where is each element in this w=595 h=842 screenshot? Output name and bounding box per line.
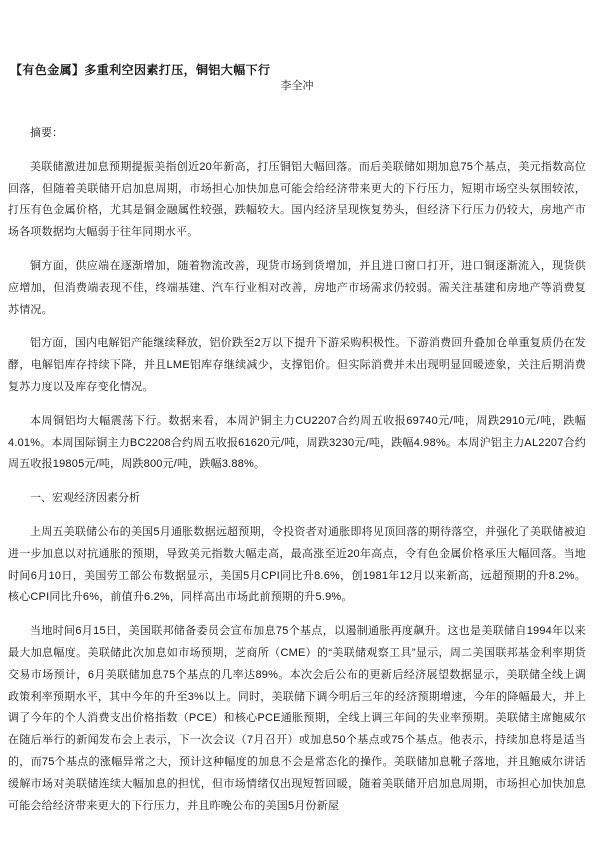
abstract-paragraph-aluminum: 铝方面，国内电解铝产能继续释放，铝价跌至2万以下提升下游采购积极性。下游消费回升… (8, 333, 586, 398)
section-paragraph-cpi: 上周五美联储公布的美国5月通胀数据远超预期，令投资者对通胀即将见顶回落的期待落空… (8, 522, 586, 609)
abstract-paragraph-copper: 铜方面，供应端在逐渐增加，随着物流改善，现货市场到货增加，并且进口窗口打开，进口… (8, 256, 586, 321)
abstract-label: 摘要： (8, 123, 586, 145)
document-page: 【有色金属】多重利空因素打压，铜铝大幅下行 李全冲 摘要： 美联储激进加息预期提… (0, 0, 595, 842)
section-heading-macro-analysis: 一、宏观经济因素分析 (8, 488, 586, 510)
document-title: 【有色金属】多重利空因素打压，铜铝大幅下行 (10, 62, 586, 78)
author-name: 李全冲 (8, 79, 586, 93)
abstract-paragraph-weekly-data: 本周铜铝均大幅震荡下行。数据来看，本周沪铜主力CU2207合约周五收报69740… (8, 411, 586, 476)
abstract-paragraph-summary: 美联储激进加息预期提振美指创近20年新高，打压铜铝大幅回落。而后美联储如期加息7… (8, 157, 586, 244)
section-paragraph-fed-hike: 当地时间6月15日，美国联邦储备委员会宣布加息75个基点，以遏制通胀再度飙升。这… (8, 621, 586, 817)
